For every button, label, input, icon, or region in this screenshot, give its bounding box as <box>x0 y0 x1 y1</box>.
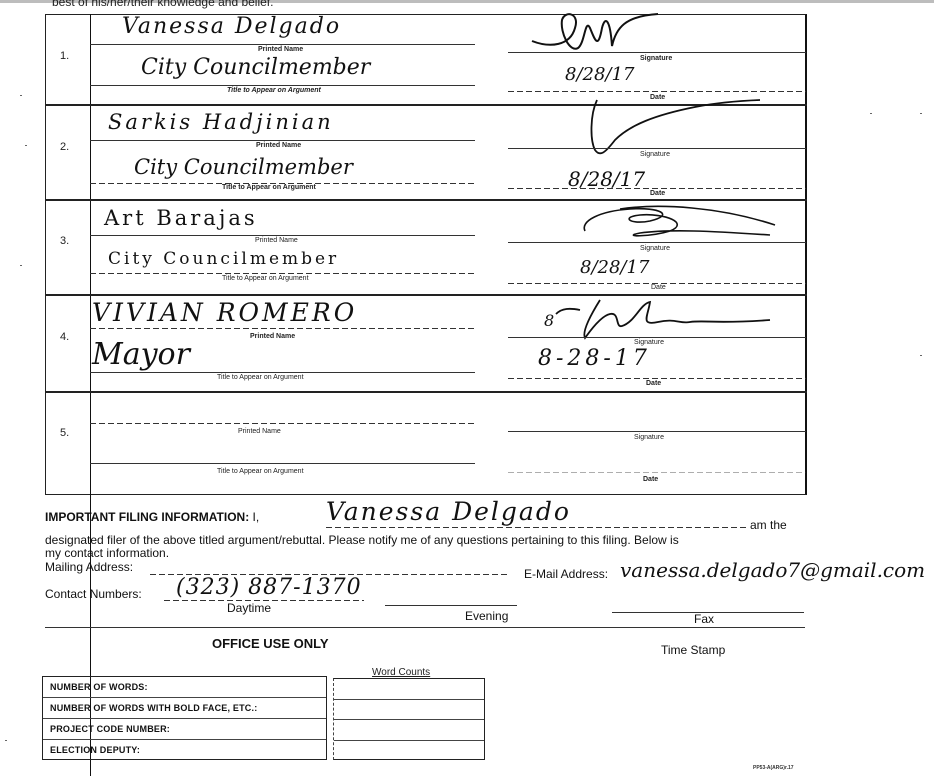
office-divider <box>45 627 805 628</box>
email-value[interactable]: vanessa.delgado7@gmail.com <box>620 558 925 582</box>
signature-caption: Signature <box>634 434 664 441</box>
signature-1[interactable] <box>530 8 660 58</box>
row-number: 5. <box>60 427 69 439</box>
title-caption: Title to Appear on Argument <box>222 184 316 191</box>
scan-artifact <box>20 95 22 96</box>
daytime-phone-value[interactable]: (323) 887-1370 <box>176 575 362 600</box>
title-caption: Title to Appear on Argument <box>217 374 304 381</box>
office-use-heading: OFFICE USE ONLY <box>212 636 329 651</box>
printed-name-line <box>90 44 475 45</box>
word-count-cell[interactable] <box>334 741 484 762</box>
date-value[interactable]: 8/28/17 <box>580 257 649 278</box>
office-row-bold-words: NUMBER OF WORDS WITH BOLD FACE, ETC.: <box>43 698 326 719</box>
date-caption: Date <box>651 284 666 291</box>
printed-name-line <box>90 328 475 329</box>
title-line <box>90 85 475 86</box>
signature-caption: Signature <box>640 245 670 252</box>
evening-caption: Evening <box>465 609 508 623</box>
word-count-cell[interactable] <box>334 720 484 741</box>
am-the-text: am the <box>750 518 787 532</box>
title-line <box>90 372 475 373</box>
time-stamp-label: Time Stamp <box>661 643 725 657</box>
intro-text: best of his/her/their knowledge and beli… <box>52 0 273 9</box>
date-value[interactable]: 8-28-17 <box>538 346 651 371</box>
date-line[interactable] <box>508 472 806 473</box>
signature-caption: Signature <box>634 339 664 346</box>
printed-name-value[interactable]: Vanessa Delgado <box>122 14 341 39</box>
filing-heading: IMPORTANT FILING INFORMATION: I, <box>45 510 259 524</box>
svg-text:8: 8 <box>544 311 554 330</box>
title-caption: Title to Appear on Argument <box>227 87 321 94</box>
printed-name-caption: Printed Name <box>255 237 298 244</box>
printed-name-line <box>90 140 475 141</box>
printed-name-value[interactable]: Art Barajas <box>104 206 258 230</box>
signature-caption: Signature <box>640 151 670 158</box>
office-row-project-code: PROJECT CODE NUMBER: <box>43 719 326 740</box>
row-divider <box>45 391 807 393</box>
signature-2[interactable] <box>585 95 785 160</box>
filer-name-line <box>326 527 746 528</box>
title-value[interactable]: City Councilmember <box>108 249 339 269</box>
office-row-election-deputy: ELECTION DEPUTY: <box>43 740 326 761</box>
row-number: 4. <box>60 331 69 343</box>
printed-name-value[interactable]: VIVIAN ROMERO <box>92 298 357 327</box>
row-divider <box>45 199 807 201</box>
row-number: 2. <box>60 141 69 153</box>
word-count-cell[interactable] <box>334 679 484 700</box>
signature-caption: Signature <box>640 55 672 62</box>
title-value[interactable]: City Councilmember <box>134 155 353 179</box>
scan-artifact <box>25 145 27 146</box>
printed-name-value[interactable]: Sarkis Hadjinian <box>108 110 334 134</box>
signature-line <box>508 52 806 53</box>
email-label: E-Mail Address: <box>524 567 608 581</box>
title-line <box>90 273 475 274</box>
signature-line[interactable] <box>508 431 806 432</box>
scan-artifact <box>870 113 872 114</box>
filing-line-2: designated filer of the above titled arg… <box>45 533 679 547</box>
filing-line-3: my contact information. <box>45 546 169 560</box>
signature-3[interactable] <box>580 203 780 243</box>
daytime-caption: Daytime <box>227 601 271 615</box>
signature-line <box>508 242 806 243</box>
date-caption: Date <box>643 476 658 483</box>
filer-name-value[interactable]: Vanessa Delgado <box>326 497 571 526</box>
office-fields-box: NUMBER OF WORDS: NUMBER OF WORDS WITH BO… <box>42 676 327 760</box>
date-line <box>508 188 806 189</box>
title-value[interactable]: City Councilmember <box>141 55 370 80</box>
printed-name-line <box>90 235 475 236</box>
row-number: 1. <box>60 50 69 62</box>
form-code: PP53-A(ARG)r.17 <box>753 765 794 771</box>
signature-line <box>508 337 806 338</box>
office-row-number-of-words: NUMBER OF WORDS: <box>43 677 326 698</box>
row-number: 3. <box>60 235 69 247</box>
printed-name-caption: Printed Name <box>250 333 295 340</box>
date-caption: Date <box>646 380 661 387</box>
number-column-divider <box>90 14 91 776</box>
word-count-cell[interactable] <box>334 700 484 721</box>
scan-artifact <box>20 265 22 266</box>
word-counts-box <box>333 678 485 760</box>
mailing-address-label: Mailing Address: <box>45 560 133 574</box>
printed-name-caption: Printed Name <box>256 142 301 149</box>
printed-name-caption: Printed Name <box>238 428 281 435</box>
scan-artifact <box>920 355 922 356</box>
title-caption: Title to Appear on Argument <box>217 468 304 475</box>
printed-name-caption: Printed Name <box>258 46 303 53</box>
title-line[interactable] <box>90 463 475 464</box>
date-value[interactable]: 8/28/17 <box>565 64 634 85</box>
scan-artifact <box>5 740 7 741</box>
title-value[interactable]: Mayor <box>92 337 190 372</box>
word-counts-label: Word Counts <box>372 667 430 678</box>
date-line <box>508 378 806 379</box>
contact-numbers-label: Contact Numbers: <box>45 587 142 601</box>
scan-artifact <box>920 113 922 114</box>
date-caption: Date <box>650 190 665 197</box>
title-caption: Title to Appear on Argument <box>222 275 309 282</box>
printed-name-line[interactable] <box>90 423 475 424</box>
fax-caption: Fax <box>694 612 714 626</box>
evening-phone-line[interactable] <box>385 605 517 606</box>
date-line <box>508 91 806 92</box>
signature-line <box>508 148 806 149</box>
